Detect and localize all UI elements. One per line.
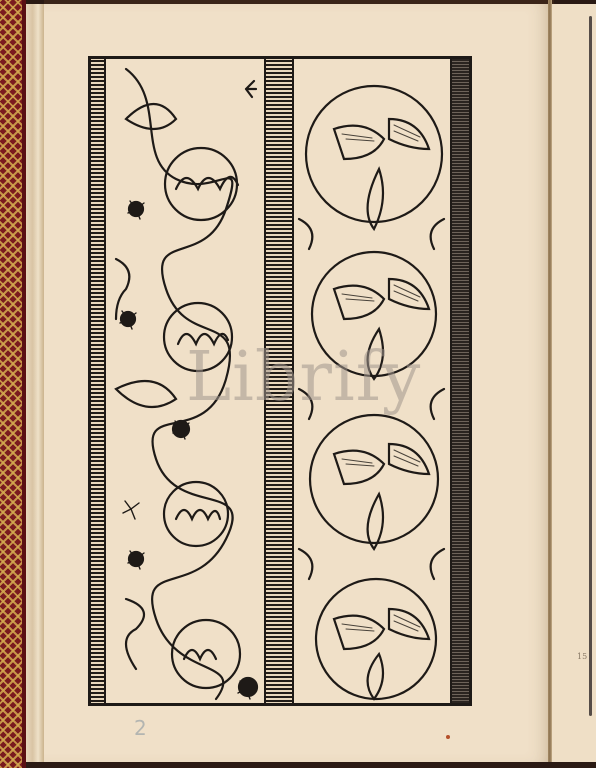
margin-ink-mark: 2	[134, 716, 147, 740]
facing-page-mark: 15	[577, 652, 587, 661]
paper-speck	[446, 735, 450, 739]
woodcut-frame	[88, 56, 472, 706]
woodcut-ornament	[88, 56, 472, 706]
facing-page-woodcut-edge	[589, 16, 592, 716]
bottom-edge	[26, 762, 596, 768]
